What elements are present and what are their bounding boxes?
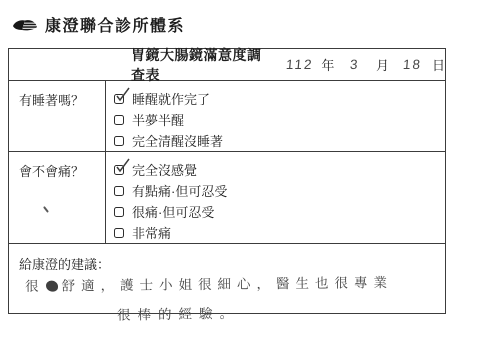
handwriting-line-2: 很棒的經驗。 bbox=[117, 298, 439, 324]
option-label: 完全沒感覺 bbox=[132, 160, 197, 179]
date-day-value: 18 bbox=[402, 57, 422, 72]
clinic-logo: 康澄聯合診所體系 bbox=[12, 13, 185, 36]
checkbox-icon bbox=[114, 136, 124, 146]
options-sleep: 睡醒就作完了 半夢半醒 完全清醒沒睡著 bbox=[106, 81, 445, 151]
suggestion-row: 給康澄的建議： 很舒適，護士小姐很細心，醫生也很專業 很棒的經驗。 bbox=[9, 244, 445, 321]
suggestion-label: 給康澄的建議： bbox=[19, 254, 110, 273]
form-title-row: 胃鏡大腸鏡滿意度調查表 112 年 3 月 18 日 bbox=[9, 49, 445, 81]
check-mark-icon bbox=[114, 86, 131, 103]
question-row-sleep: 有睡著嗎？ 睡醒就作完了 半夢半醒 完全清醒沒睡著 bbox=[9, 81, 445, 152]
option-row: 完全清醒沒睡著 bbox=[114, 130, 445, 151]
checkbox-icon bbox=[114, 186, 124, 196]
checkbox-icon bbox=[114, 165, 124, 175]
checkbox-icon bbox=[114, 94, 124, 104]
option-label: 很痛·但可忍受 bbox=[132, 202, 214, 221]
checkbox-icon bbox=[114, 228, 124, 238]
ink-blot bbox=[45, 281, 57, 292]
question-label-sleep: 有睡著嗎？ bbox=[9, 81, 106, 151]
date-day-unit: 日 bbox=[432, 55, 445, 74]
question-row-pain: 會不會痛？ 完全沒感覺 有點痛·但可忍受 很痛·但可忍受 bbox=[9, 152, 445, 244]
checkbox-icon bbox=[114, 115, 124, 125]
handwriting-line-1: 很舒適，護士小姐很細心，醫生也很專業 bbox=[25, 271, 393, 295]
date-year-unit: 年 bbox=[321, 55, 334, 74]
option-row: 完全沒感覺 bbox=[114, 159, 445, 180]
option-row: 有點痛·但可忍受 bbox=[114, 180, 445, 201]
scanned-survey-page: { "logo": { "text": "康澄聯合診所體系" }, "form"… bbox=[0, 0, 480, 360]
option-label: 半夢半醒 bbox=[132, 110, 184, 129]
question-label-pain: 會不會痛？ bbox=[9, 152, 106, 243]
form-title: 胃鏡大腸鏡滿意度調查表 bbox=[131, 45, 276, 85]
handwriting-line-1-rest: 舒適，護士小姐很細心，醫生也很專業 bbox=[61, 275, 393, 293]
date-month-value: 3 bbox=[350, 57, 361, 72]
option-label: 非常痛 bbox=[132, 223, 171, 242]
options-pain: 完全沒感覺 有點痛·但可忍受 很痛·但可忍受 非常痛 bbox=[106, 152, 445, 243]
handwriting-line-1-start: 很 bbox=[25, 279, 45, 294]
date-year-value: 112 bbox=[285, 57, 314, 72]
option-row: 很痛·但可忍受 bbox=[114, 201, 445, 222]
option-label: 有點痛·但可忍受 bbox=[132, 181, 227, 200]
clinic-logo-icon bbox=[12, 18, 38, 32]
checkbox-icon bbox=[114, 207, 124, 217]
check-mark-icon bbox=[114, 157, 131, 174]
option-label: 睡醒就作完了 bbox=[132, 89, 210, 108]
option-row: 半夢半醒 bbox=[114, 109, 445, 130]
survey-form-table: 胃鏡大腸鏡滿意度調查表 112 年 3 月 18 日 有睡著嗎？ 睡醒就作完了 … bbox=[8, 48, 446, 314]
option-row: 睡醒就作完了 bbox=[114, 88, 445, 109]
option-label: 完全清醒沒睡著 bbox=[132, 131, 223, 150]
clinic-logo-text: 康澄聯合診所體系 bbox=[45, 13, 185, 36]
option-row: 非常痛 bbox=[114, 222, 445, 243]
date-month-unit: 月 bbox=[376, 55, 389, 74]
